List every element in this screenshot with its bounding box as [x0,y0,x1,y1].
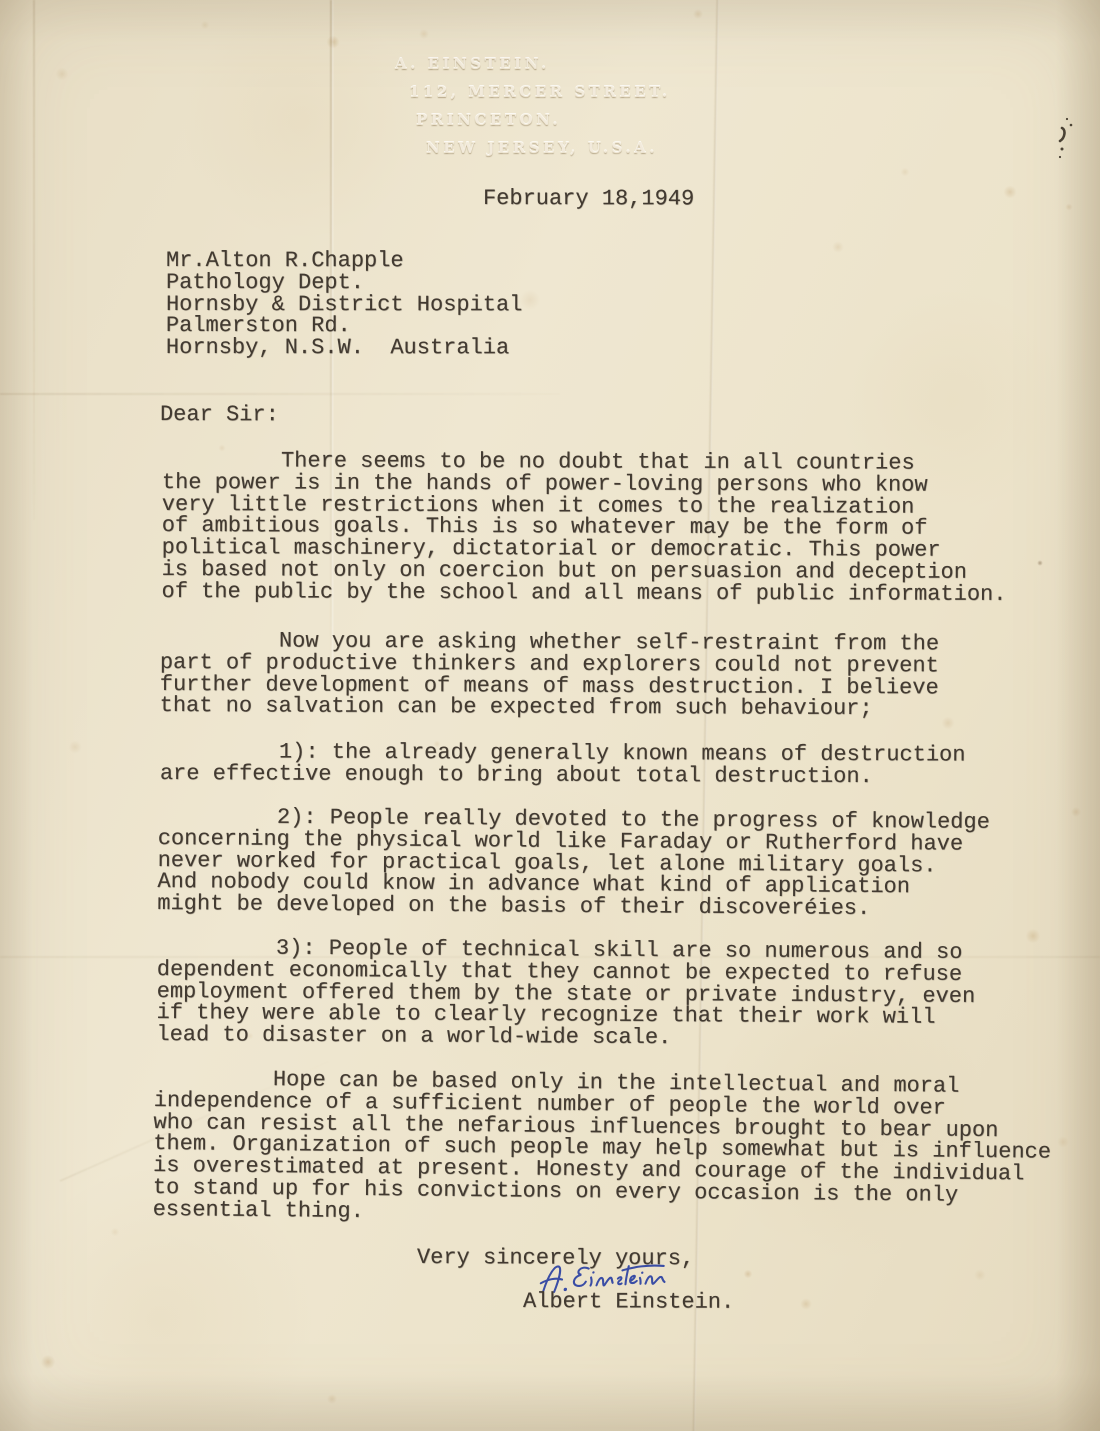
letter-page: A. EINSTEIN. 112, MERCER STREET. PRINCET… [0,0,1100,1431]
numbered-point-2: 2): People really devoted to the progres… [157,806,990,921]
letterhead-state: NEW JERSEY, U.S.A. [426,134,671,162]
paragraph-intro: There seems to be no doubt that in all c… [161,450,1006,606]
paragraph-question: Now you are asking whether self-restrain… [160,630,939,721]
vertical-crease-edge [33,0,35,520]
letterhead-name: A. EINSTEIN. [395,50,671,78]
horizontal-crease-upper [0,393,560,395]
numbered-point-3: 3): People of technical skill are so num… [156,937,975,1051]
letterhead-street: 112, MERCER STREET. [409,78,671,106]
recipient-address: Mr.Alton R.Chapple Pathology Dept. Horns… [166,250,523,359]
date-line: February 18,1949 [483,188,694,210]
embossed-letterhead: A. EINSTEIN. 112, MERCER STREET. PRINCET… [395,50,671,162]
ink-blot-mark [1050,114,1076,166]
paragraph-closing: Hope can be based only in the intellectu… [153,1068,1052,1229]
numbered-point-1: 1): the already generally known means of… [160,741,966,788]
typed-signature-name: Albert Einstein. [523,1291,734,1314]
salutation: Dear Sir: [160,404,279,426]
letterhead-city: PRINCETON. [416,106,671,134]
